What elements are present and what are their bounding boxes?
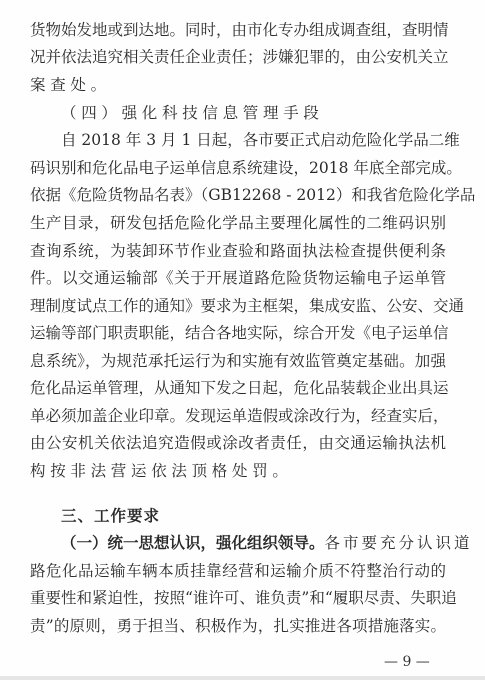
- body-text-line: 危化品运单管理，从通知下发之日起，危化品装载企业出具运: [30, 377, 446, 399]
- section-subheading-4: （四）强化科技信息管理手段: [61, 102, 324, 124]
- body-text-line: 依据《危险货物品名表》（GB12268 - 2012）和我省危险化学品: [30, 184, 446, 206]
- subsection-lead-1: （一）统一思想认识，强化组织领导。: [61, 532, 325, 554]
- body-text-line: 单必须加盖企业印章。发现运单造假或涂改行为，经查实后，: [30, 405, 446, 427]
- body-text-line: 运输等部门职责职能，结合各地实际，综合开发《电子运单信: [30, 322, 446, 344]
- body-text-line: 货物始发地或到达地。同时，由市化专办组成调查组，查明情: [30, 19, 446, 41]
- body-text-fragment: 各市要充分认识道: [325, 532, 473, 554]
- body-text-line: 案查处。: [30, 74, 111, 96]
- body-text-line: 由公安机关依法追究造假或涂改者责任，由交通运输执法机: [30, 432, 446, 454]
- body-text-line: （一）统一思想认识，强化组织领导。 各市要充分认识道: [61, 532, 446, 554]
- body-text-line: 构按非法营运依法顶格处罚。: [30, 460, 293, 482]
- section-heading-3: 三、工作要求: [61, 505, 160, 527]
- page-number: — 9 —: [384, 652, 430, 672]
- body-text-line: 生产目录，研发包括危险化学品主要理化属性的二维码识别: [30, 212, 446, 234]
- body-text-line: 路危化品运输车辆本质挂靠经营和运输介质不符整治行动的: [30, 560, 446, 582]
- body-text-line: 件。以交通运输部《关于开展道路危险货物运输电子运单管: [30, 267, 446, 289]
- body-text-line: 码识别和危化品电子运单信息系统建设，2018 年底全部完成。: [30, 157, 446, 179]
- page-bottom-edge: [0, 676, 485, 680]
- body-text-line: 自 2018 年 3 月 1 日起，各市要正式启动危险化学品二维: [61, 129, 446, 151]
- body-text-line: 查询系统，为装卸环节作业查验和路面执法检查提供便利条: [30, 240, 446, 262]
- body-text-line: 理制度试点工作的通知》要求为主框架，集成安监、公安、交通: [30, 295, 446, 317]
- document-page: 货物始发地或到达地。同时，由市化专办组成调查组，查明情 况并依法追究相关责任企业…: [0, 0, 485, 676]
- body-text-line: 责”的原则，勇于担当、积极作为，扎实推进各项措施落实。: [30, 615, 446, 637]
- body-text-line: 况并依法追究相关责任企业责任；涉嫌犯罪的，由公安机关立: [30, 46, 446, 68]
- body-text-line: 重要性和紧迫性，按照“谁许可、谁负责”和“履职尽责、失职追: [30, 587, 446, 609]
- body-text-line: 息系统》，为规范承托运行为和实施有效监管奠定基础。加强: [30, 350, 446, 372]
